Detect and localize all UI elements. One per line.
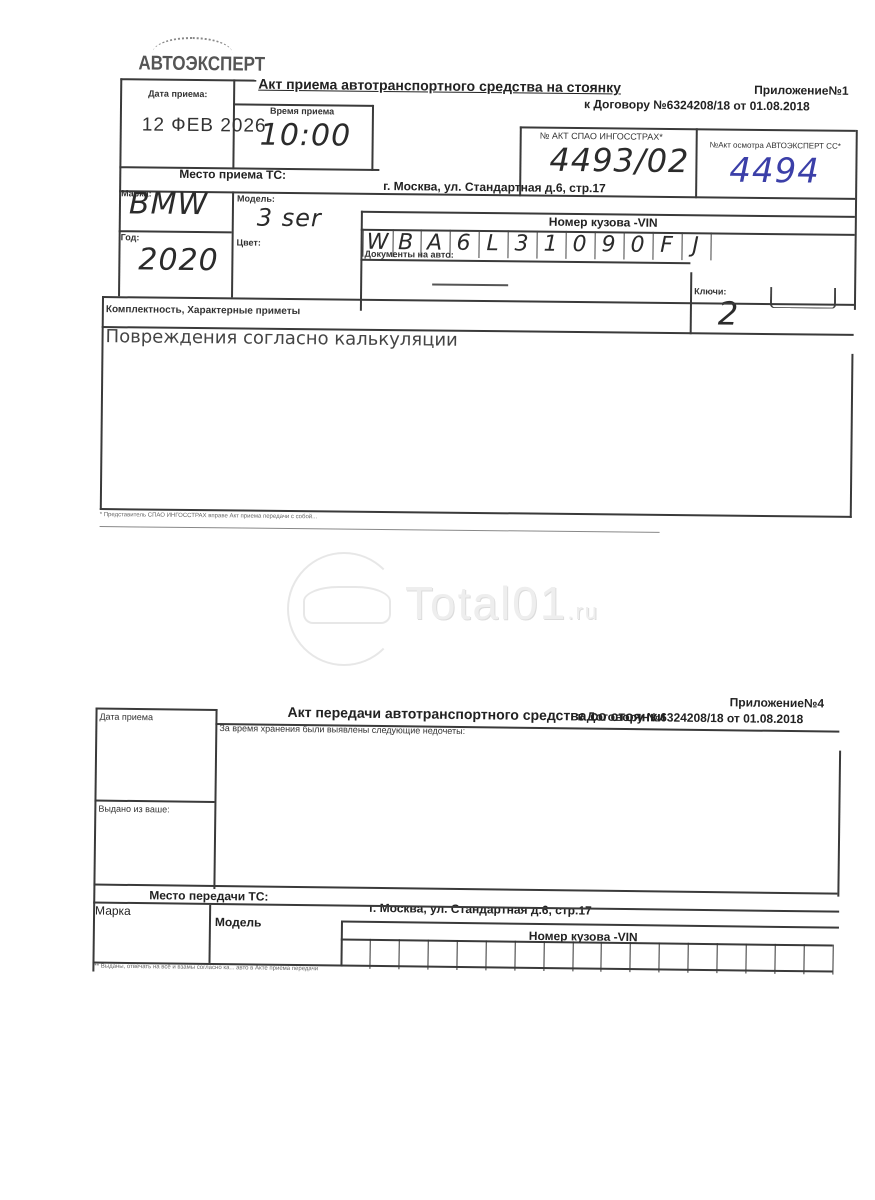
ingos-act-number: 4493/02: [549, 141, 689, 180]
form2-title: Акт передачи автотранспортного средства …: [287, 704, 665, 725]
place-label: Место приема ТС:: [179, 167, 286, 182]
vin-char-cell: 0: [623, 232, 653, 260]
year-value: 2020: [138, 242, 219, 278]
vin-char-cell: 1: [536, 231, 566, 259]
vin-char-cell: 9: [594, 231, 624, 259]
vin-char-cell: 6: [449, 230, 479, 258]
contract-reference: к Договору №6324208/18 от 01.08.2018: [584, 97, 810, 113]
date-label-2: Дата приема: [99, 712, 153, 723]
handover-act-form: Приложение№4 к Договору №6324208/18 от 0…: [0, 654, 875, 1025]
place-label-2: Место передачи ТС:: [149, 888, 268, 903]
form1-footnote: * Представитель СПАО ИНГОССТРАХ вправе А…: [100, 512, 317, 520]
brand-label-2: Марка: [95, 904, 131, 918]
vin-char-cell: 0: [565, 231, 595, 259]
time-value: 10:00: [260, 118, 352, 154]
issued-label: Выдано из ваше:: [98, 804, 169, 815]
documents-label: Документы на авто:: [364, 249, 453, 260]
vin-char-cell: 3: [507, 230, 537, 258]
completeness-value: Повреждения согласно калькуляции: [105, 326, 457, 351]
keys-extra-bracket: [770, 287, 836, 309]
vin-char-cell: J: [681, 232, 711, 260]
logo-arc-icon: [152, 37, 232, 70]
inspection-act-number: 4494: [729, 151, 820, 192]
car-icon: [303, 586, 391, 624]
year-label: Год:: [121, 232, 140, 242]
form-title: Акт приема автотранспортного средства на…: [258, 76, 621, 96]
vin-label: Номер кузова -VIN: [549, 215, 658, 230]
date-stamp: 12 ФЕВ 2026: [142, 114, 267, 137]
documents-value-dash: [432, 283, 508, 285]
completeness-label: Комплектность, Характерные приметы: [106, 304, 300, 317]
time-label: Время приема: [270, 106, 334, 117]
brand-value: BMW: [129, 186, 209, 222]
vin-char-cell: F: [652, 232, 682, 260]
color-label: Цвет:: [237, 237, 261, 247]
place-address-2: г. Москва, ул. Стандартная д.6, стр.17: [369, 901, 592, 918]
appendix-label: Приложение№1: [754, 83, 848, 98]
appendix-label-2: Приложение№4: [730, 695, 825, 710]
date-label: Дата приема:: [148, 89, 207, 100]
defects-label: За время хранения были выявлены следующи…: [219, 723, 465, 736]
keys-value: 2: [718, 294, 740, 332]
model-label: Модель:: [237, 193, 275, 203]
model-value: 3 ser: [257, 204, 322, 233]
total01-watermark: Total01.ru: [285, 548, 615, 668]
inspection-act-label: №Акт осмотра АВТОЭКСПЕРТ СС*: [710, 140, 841, 150]
vin-char-cell: L: [478, 230, 508, 258]
watermark-text: Total01.ru: [405, 576, 599, 630]
model-label-2: Модель: [215, 915, 262, 930]
acceptance-act-form: АВТОЭКСПЕРТ Акт приема автотранспортного…: [0, 0, 875, 564]
